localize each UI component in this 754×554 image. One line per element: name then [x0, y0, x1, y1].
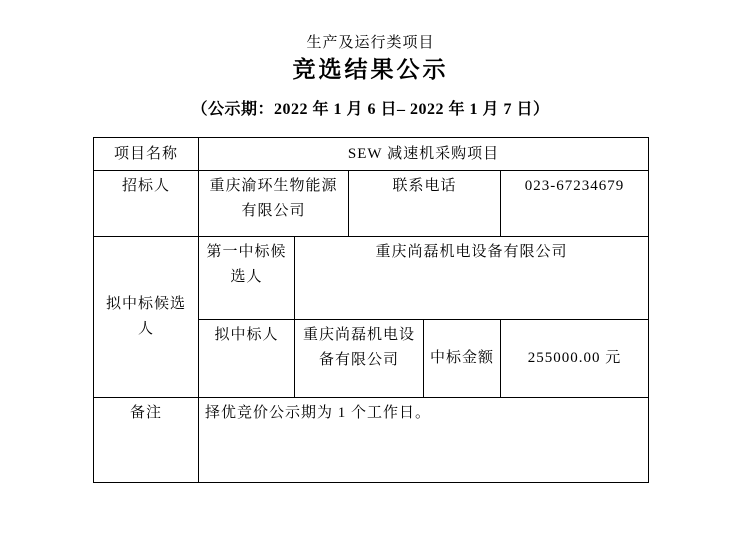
result-table: 项目名称 SEW 减速机采购项目 招标人 重庆渝环生物能源有限公司 联系电话 0… — [93, 137, 649, 483]
proposed-winner-value: 重庆尚磊机电设备有限公司 — [295, 320, 424, 398]
first-candidate-value: 重庆尚磊机电设备有限公司 — [295, 237, 649, 320]
announcement-content: 生产及运行类项目 竞选结果公示 （公示期：2022 年 1 月 6 日– 202… — [93, 0, 648, 483]
project-name-value: SEW 减速机采购项目 — [199, 138, 649, 171]
project-name-label: 项目名称 — [94, 138, 199, 171]
tenderer-value: 重庆渝环生物能源有限公司 — [199, 171, 349, 237]
award-amount-value: 255000.00 元 — [501, 320, 649, 398]
first-candidate-label: 第一中标候选人 — [199, 237, 295, 320]
remarks-value: 择优竞价公示期为 1 个工作日。 — [199, 398, 649, 483]
row-project-name: 项目名称 SEW 减速机采购项目 — [94, 138, 649, 171]
tenderer-label: 招标人 — [94, 171, 199, 237]
publicity-period: （公示期：2022 年 1 月 6 日– 2022 年 1 月 7 日） — [93, 100, 648, 120]
row-tenderer: 招标人 重庆渝环生物能源有限公司 联系电话 023-67234679 — [94, 171, 649, 237]
category-title: 生产及运行类项目 — [93, 33, 648, 53]
announcement-page: 生产及运行类项目 竞选结果公示 （公示期：2022 年 1 月 6 日– 202… — [0, 0, 754, 554]
award-amount-label: 中标金额 — [424, 320, 501, 398]
page-title: 竞选结果公示 — [93, 56, 648, 83]
phone-value: 023-67234679 — [501, 171, 649, 237]
candidates-label: 拟中标候选人 — [94, 237, 199, 398]
remarks-label: 备注 — [94, 398, 199, 483]
row-first-candidate: 拟中标候选人 第一中标候选人 重庆尚磊机电设备有限公司 — [94, 237, 649, 320]
row-remarks: 备注 择优竞价公示期为 1 个工作日。 — [94, 398, 649, 483]
proposed-winner-label: 拟中标人 — [199, 320, 295, 398]
phone-label: 联系电话 — [349, 171, 501, 237]
